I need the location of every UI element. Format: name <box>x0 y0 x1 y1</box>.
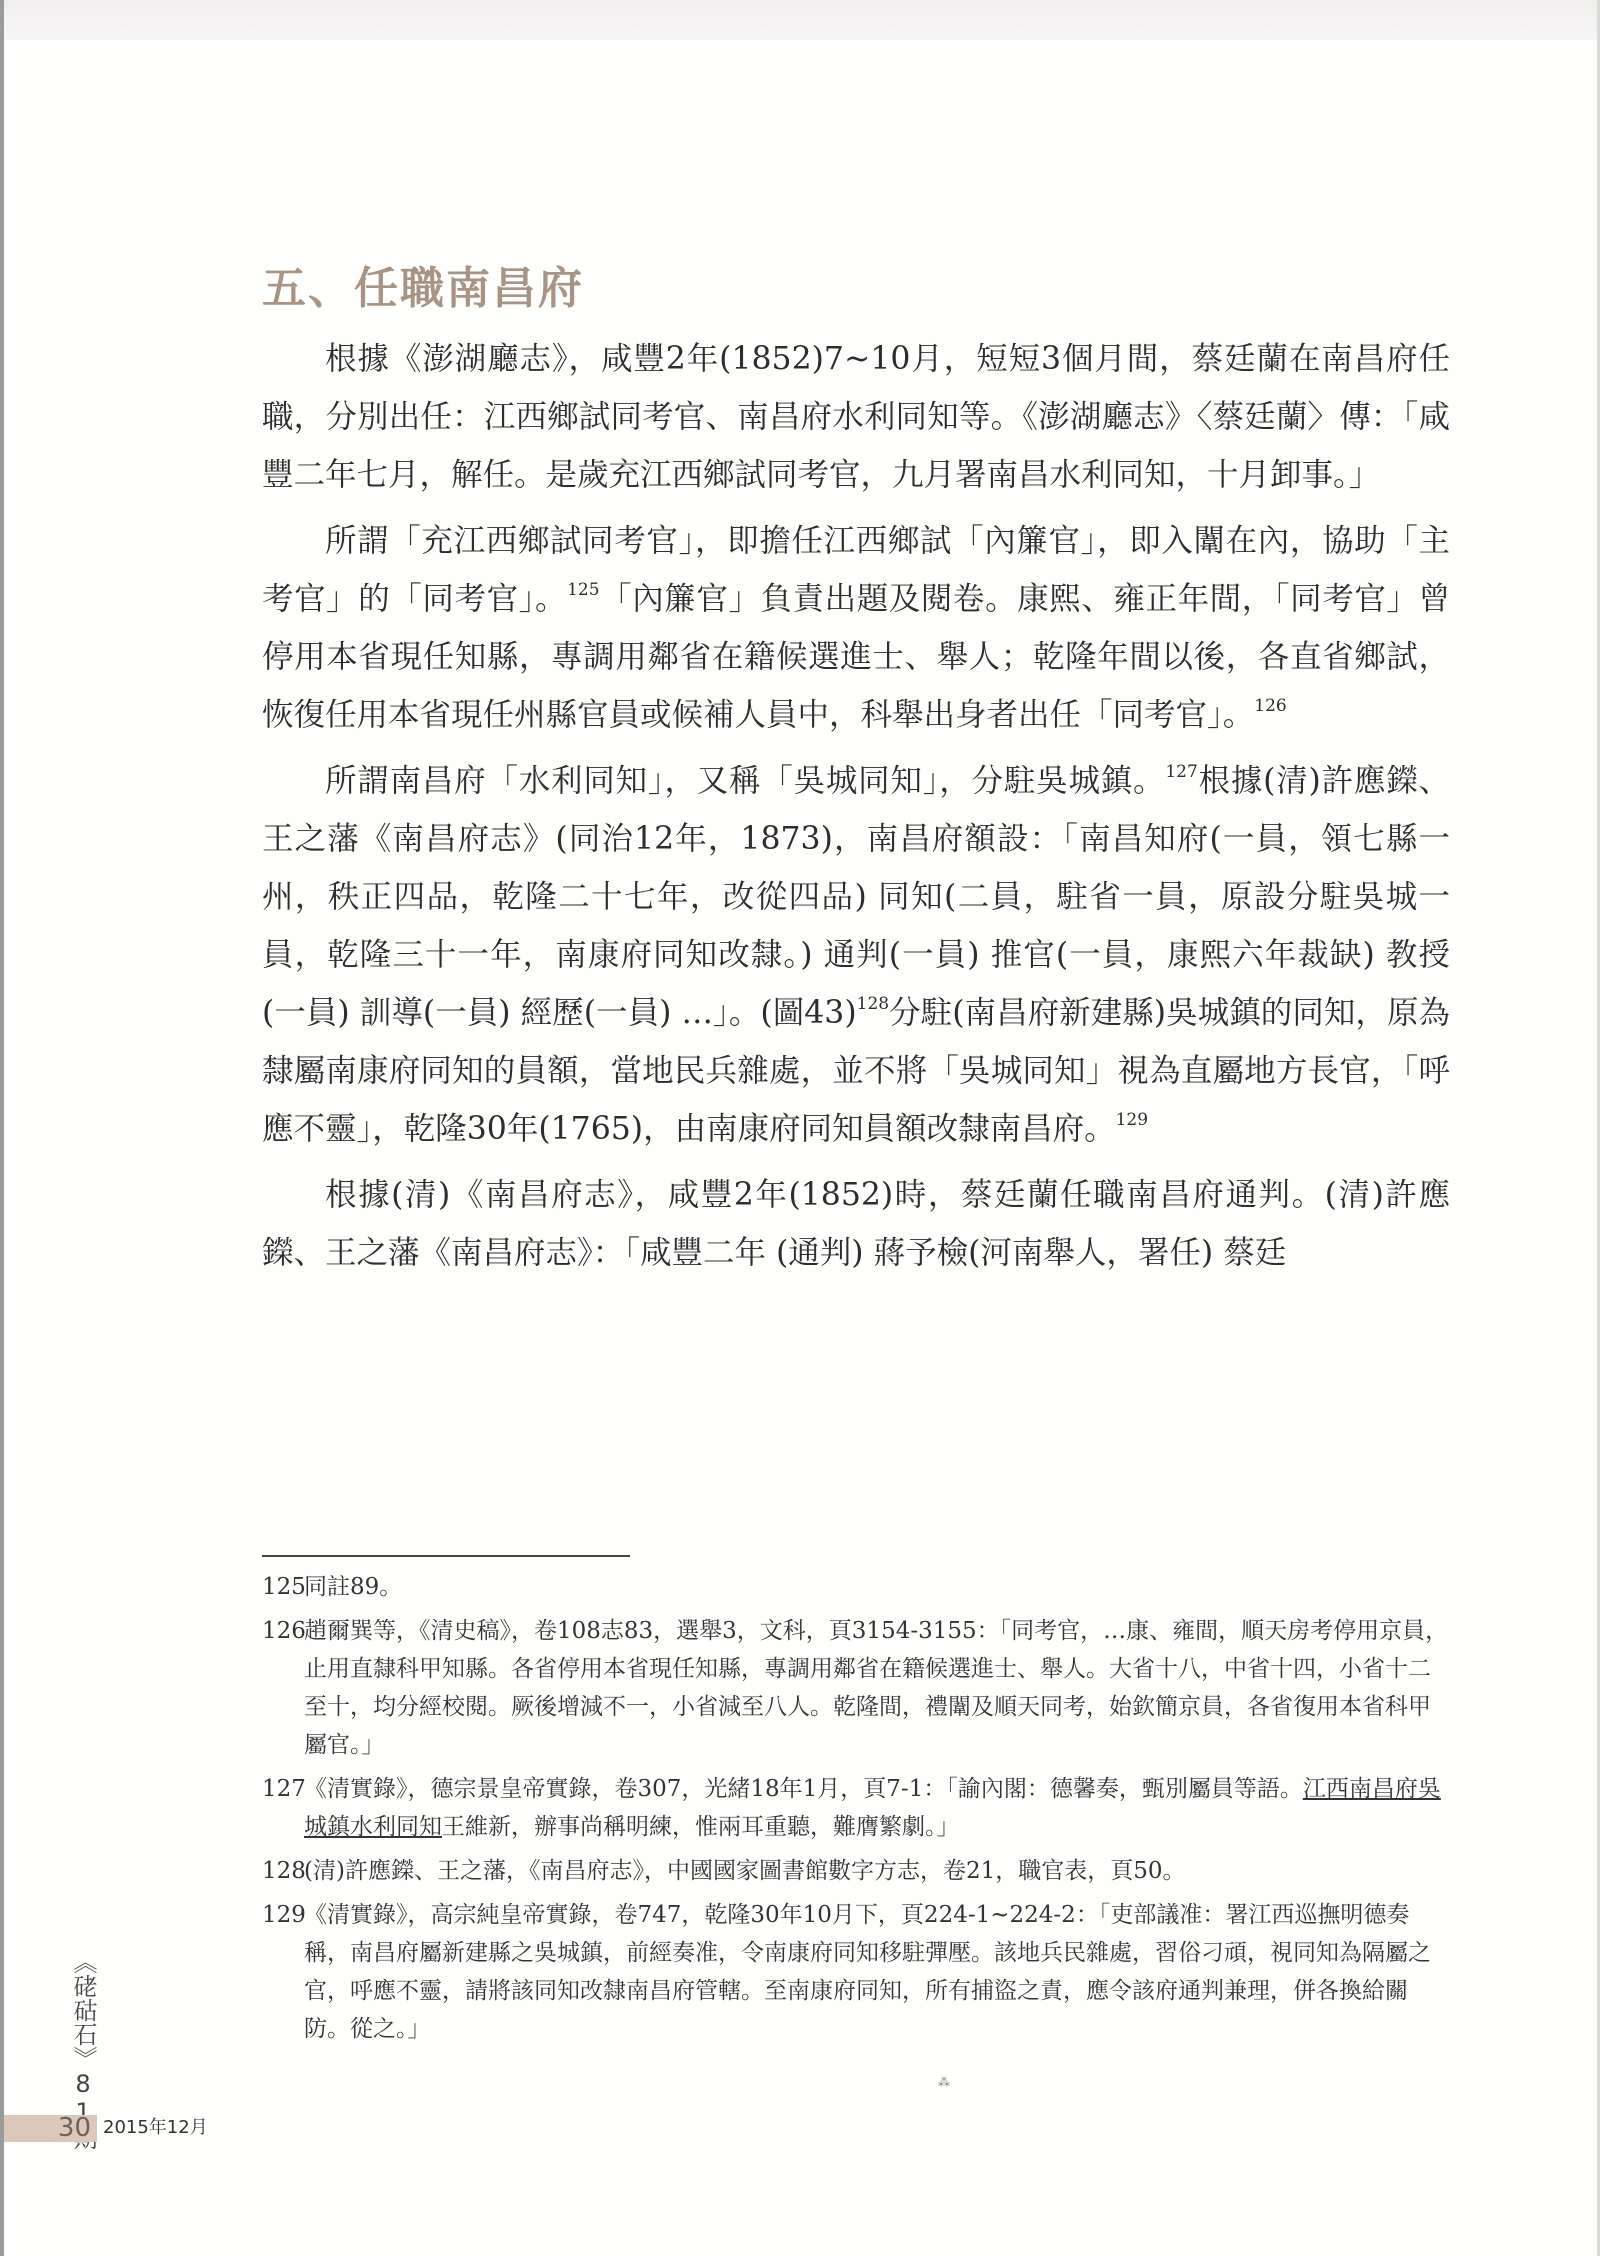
footnote-127: 127《清實錄》，德宗景皇帝實錄，卷307，光緒18年1月，頁7-1：「諭內閣：… <box>262 1770 1452 1846</box>
paragraph-text: 根據《澎湖廳志》，咸豐2年(1852)7~10月，短短3個月間，蔡廷蘭在南昌府任… <box>262 341 1450 493</box>
paragraph-text: 所謂南昌府「水利同知」，又稱「吳城同知」，分駐吳城鎮。 <box>325 763 1165 799</box>
paragraph-4: 根據(清)《南昌府志》，咸豐2年(1852)時，蔡廷蘭任職南昌府通判。(清)許應… <box>262 1166 1450 1282</box>
footnote-text: 同註89。 <box>304 1574 402 1600</box>
footnote-number: 127 <box>262 1770 304 1808</box>
body-text: 根據《澎湖廳志》，咸豐2年(1852)7~10月，短短3個月間，蔡廷蘭在南昌府任… <box>262 330 1450 1290</box>
footnote-ref-126[interactable]: 126 <box>1254 696 1286 716</box>
footnote-ref-127[interactable]: 127 <box>1165 762 1197 782</box>
footnote-text: 《清實錄》，德宗景皇帝實錄，卷307，光緒18年1月，頁7-1：「諭內閣：德馨奏… <box>304 1776 1303 1802</box>
footnote-text: 趙爾巽等，《清史稿》，卷108志83，選舉3，文科，頁3154-3155：「同考… <box>304 1618 1448 1758</box>
footnote-ref-129[interactable]: 129 <box>1116 1110 1148 1130</box>
footnote-126: 126趙爾巽等，《清史稿》，卷108志83，選舉3，文科，頁3154-3155：… <box>262 1612 1452 1764</box>
footnote-number: 129 <box>262 1896 304 1934</box>
footnote-number: 125 <box>262 1568 304 1606</box>
footnote-ref-125[interactable]: 125 <box>567 580 599 600</box>
footnote-text: (清)許應鑅、王之藩，《南昌府志》，中國國家圖書館數字方志，卷21，職官表，頁5… <box>304 1858 1185 1884</box>
scan-speck: ⁂ <box>938 2075 968 2081</box>
paragraph-text: 根據(清)《南昌府志》，咸豐2年(1852)時，蔡廷蘭任職南昌府通判。(清)許應… <box>262 1177 1450 1271</box>
paragraph-1: 根據《澎湖廳志》，咸豐2年(1852)7~10月，短短3個月間，蔡廷蘭在南昌府任… <box>262 330 1450 504</box>
page-number: 30 <box>4 2115 97 2142</box>
paragraph-text: 根據(清)許應鑅、王之藩《南昌府志》(同治12年，1873)，南昌府額設：「南昌… <box>262 763 1450 1031</box>
page-left-edge <box>0 0 4 2256</box>
footnote-text: 《清實錄》，高宗純皇帝實錄，卷747，乾隆30年10月下，頁224-1~224-… <box>304 1902 1431 2042</box>
footnote-number: 128 <box>262 1852 304 1890</box>
scan-top-band <box>0 0 1600 40</box>
footnote-128: 128(清)許應鑅、王之藩，《南昌府志》，中國國家圖書館數字方志，卷21，職官表… <box>262 1852 1452 1890</box>
footnote-number: 126 <box>262 1612 304 1650</box>
footnote-divider <box>262 1555 630 1557</box>
footnote-129: 129《清實錄》，高宗純皇帝實錄，卷747，乾隆30年10月下，頁224-1~2… <box>262 1896 1452 2048</box>
issue-date: 2015年12月 <box>103 2114 208 2142</box>
footnotes: 125同註89。 126趙爾巽等，《清史稿》，卷108志83，選舉3，文科，頁3… <box>262 1568 1452 2054</box>
paragraph-2: 所謂「充江西鄉試同考官」，即擔任江西鄉試「內簾官」，即入闈在內，協助「主考官」的… <box>262 512 1450 744</box>
footnote-125: 125同註89。 <box>262 1568 1452 1606</box>
footnote-text: 王維新，辦事尚稱明練，惟兩耳重聽，難膺繁劇。」 <box>442 1814 960 1840</box>
footnote-ref-128[interactable]: 128 <box>857 994 889 1014</box>
paragraph-3: 所謂南昌府「水利同知」，又稱「吳城同知」，分駐吳城鎮。127根據(清)許應鑅、王… <box>262 752 1450 1158</box>
section-heading: 五、任職南昌府 <box>262 252 584 316</box>
